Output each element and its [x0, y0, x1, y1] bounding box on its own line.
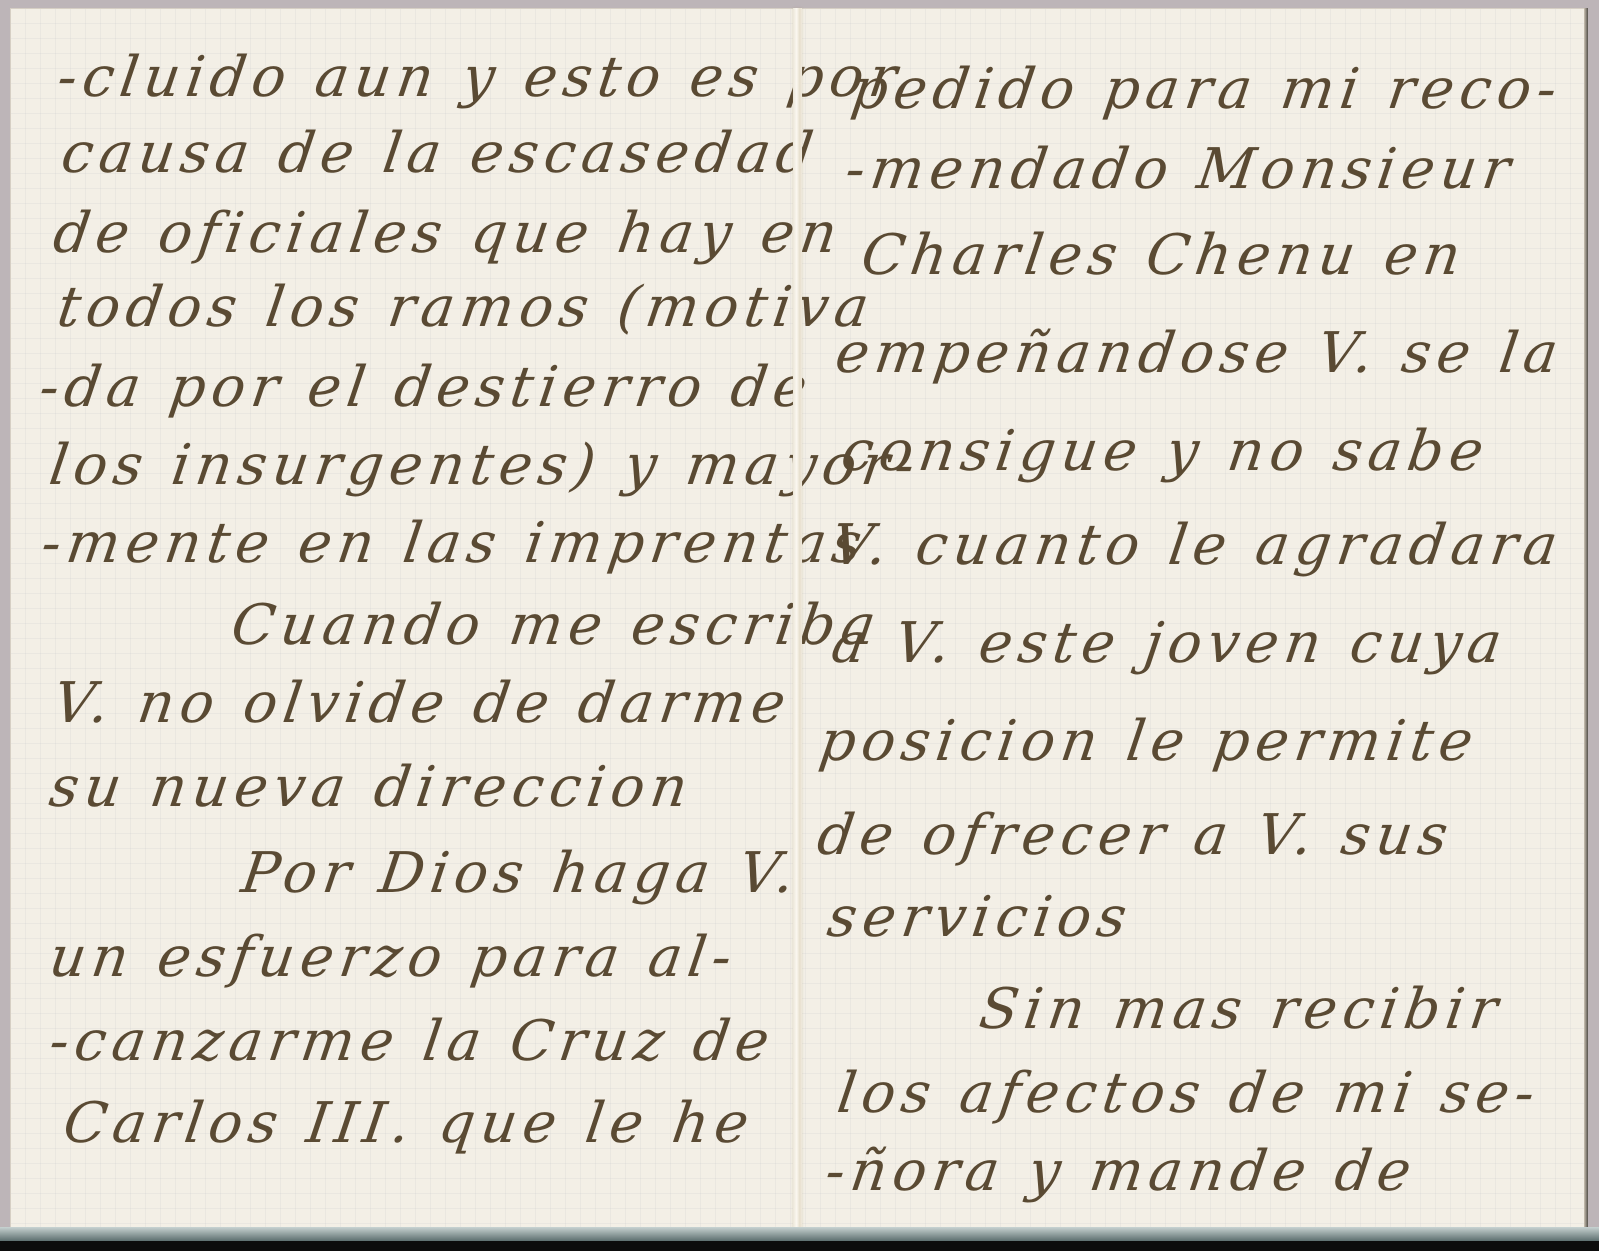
text-line: -ñora y mande de [822, 1144, 1420, 1200]
text-line: de oficiales que hay en [50, 206, 846, 262]
text-line: los afectos de mi se- [834, 1066, 1544, 1122]
text-line: Por Dios haga V. [238, 846, 804, 902]
text-line: V. cuanto le agradara [828, 518, 1567, 574]
text-line: -mente en las imprentas [38, 516, 871, 572]
text-line: -cluido aun y esto es por [54, 50, 906, 106]
text-line: todos los ramos (motiva [54, 280, 878, 336]
text-line: Carlos III. que le he [60, 1096, 758, 1152]
text-line: servicios [824, 890, 1136, 946]
text-line: posicion le permite [816, 714, 1482, 770]
text-line: consigue y no sabe [838, 424, 1493, 480]
text-line: Charles Chenu en [858, 228, 1470, 284]
paper-edge [1584, 8, 1588, 1230]
text-line: empeñandose V. se la [832, 326, 1567, 382]
text-line: un esfuerzo para al- [46, 930, 741, 986]
left-page: -cluido aun y esto es por causa de la es… [10, 8, 795, 1230]
text-line: a V. este joven cuya [828, 616, 1511, 672]
text-line: -canzarme la Cruz de [46, 1014, 778, 1070]
paper-sheet: -cluido aun y esto es por causa de la es… [10, 8, 1588, 1230]
text-line: Sin mas recibir [976, 982, 1507, 1038]
text-line: su nueva direccion [46, 760, 697, 816]
text-line: V. no olvide de darme [50, 676, 795, 732]
right-page: pedido para mi reco- -mendado Monsieur C… [800, 8, 1588, 1230]
text-line: de ofrecer a V. sus [814, 808, 1457, 864]
scan-border [0, 1241, 1599, 1251]
text-line: pedido para mi reco- [848, 62, 1566, 118]
text-line: -da por el destierro de [36, 360, 816, 416]
text-line: causa de la escasedad [58, 126, 822, 182]
scanned-letter: -cluido aun y esto es por causa de la es… [0, 0, 1599, 1251]
text-line: -mendado Monsieur [842, 142, 1519, 198]
scan-shadow [0, 1227, 1599, 1241]
text-line: Cuando me escriba [228, 598, 885, 654]
